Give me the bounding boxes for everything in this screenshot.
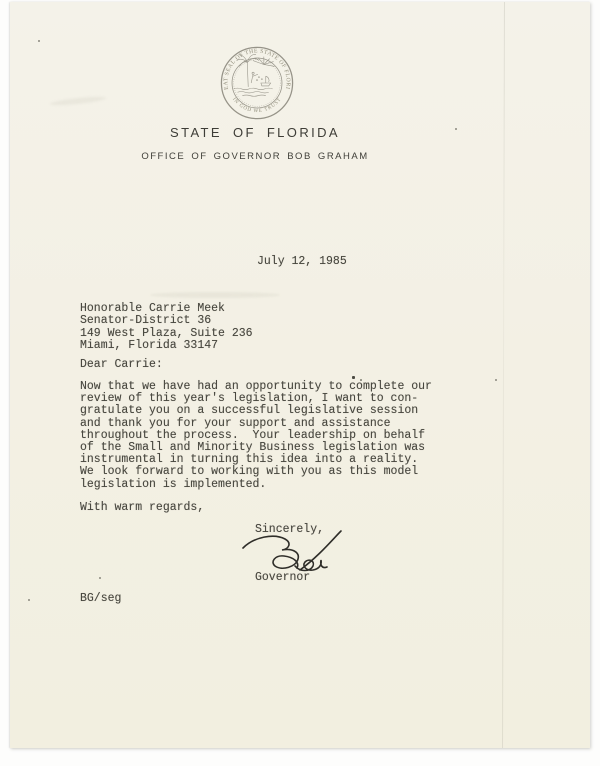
scan-speck xyxy=(352,376,355,379)
svg-text:GREAT SEAL OF THE STATE OF FLO: GREAT SEAL OF THE STATE OF FLORIDA xyxy=(218,44,291,90)
recipient-address: Honorable Carrie Meek Senator-District 3… xyxy=(80,303,253,353)
scan-speck xyxy=(495,379,497,381)
scanned-letter: GREAT SEAL OF THE STATE OF FLORIDA IN GO… xyxy=(0,0,600,766)
svg-text:IN GOD WE TRUST: IN GOD WE TRUST xyxy=(231,97,283,115)
seal-bottom-text: IN GOD WE TRUST xyxy=(231,97,283,115)
scan-speck xyxy=(38,40,40,42)
paper-crease-line xyxy=(502,2,505,748)
scan-speck xyxy=(99,577,101,579)
typist-initials: BG/seg xyxy=(80,593,121,605)
letter-date: July 12, 1985 xyxy=(257,256,347,268)
scan-smudge xyxy=(150,292,280,298)
letterhead-subtitle: OFFICE OF GOVERNOR BOB GRAHAM xyxy=(75,151,435,162)
florida-state-seal-icon: GREAT SEAL OF THE STATE OF FLORIDA IN GO… xyxy=(218,44,296,122)
scan-speck xyxy=(28,599,30,601)
letter-body: Now that we have had an opportunity to c… xyxy=(80,381,432,491)
closing-line: With warm regards, xyxy=(80,502,204,514)
letterhead-title: STATE OF FLORIDA xyxy=(75,125,435,140)
letter-paper: GREAT SEAL OF THE STATE OF FLORIDA IN GO… xyxy=(10,2,590,748)
seal-top-text: GREAT SEAL OF THE STATE OF FLORIDA xyxy=(218,44,291,90)
scan-smudge xyxy=(50,95,106,107)
salutation: Dear Carrie: xyxy=(80,359,163,371)
scan-speck xyxy=(360,379,362,381)
scan-speck xyxy=(455,128,457,130)
signer-title: Governor xyxy=(255,572,310,584)
